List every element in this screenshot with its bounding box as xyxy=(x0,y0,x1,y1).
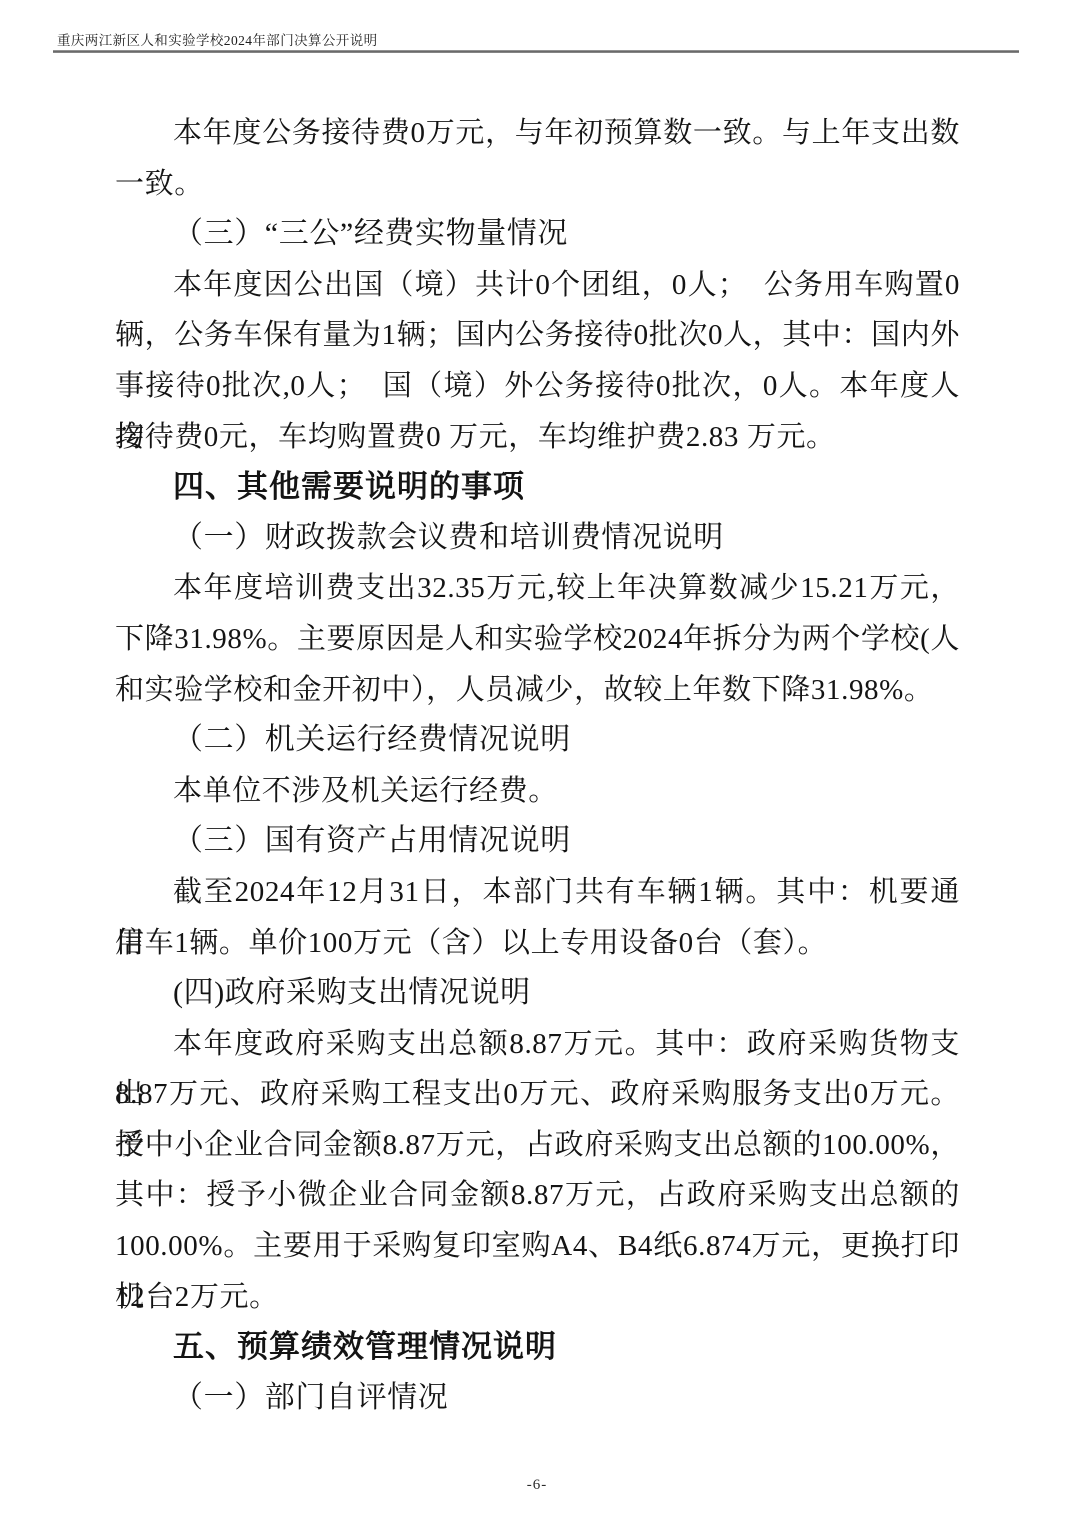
body-line: 辆，公务车保有量为1辆；国内公务接待0批次0人，其中：国内外 xyxy=(115,310,960,361)
body-line: 用车1辆。单价100万元（含）以上专用设备0台（套）。 xyxy=(115,918,960,969)
subheading-three-public-quantities: （三）“三公”经费实物量情况 xyxy=(115,209,960,260)
subheading-department-self-evaluation: （一）部门自评情况 xyxy=(115,1373,960,1424)
body-line: 其中：授予小微企业合同金额8.87万元，占政府采购支出总额的 xyxy=(115,1170,960,1221)
body-line: 100.00%。主要用于采购复印室购A4、B4纸6.874万元，更换打印机 xyxy=(115,1221,960,1272)
document-body: 本年度公务接待费0万元，与年初预算数一致。与上年支出数 一致。 （三）“三公”经… xyxy=(115,108,960,1423)
body-line: 本单位不涉及机关运行经费。 xyxy=(115,766,960,817)
body-line: 8.87万元、政府采购工程支出0万元、政府采购服务支出0万元。授 xyxy=(115,1069,960,1120)
body-line: 本年度因公出国（境）共计0个团组，0人； 公务用车购置0 xyxy=(115,260,960,311)
body-line: 截至2024年12月31日，本部门共有车辆1辆。其中：机要通信 xyxy=(115,867,960,918)
body-line: 予中小企业合同金额8.87万元，占政府采购支出总额的100.00%， xyxy=(115,1120,960,1171)
subheading-state-owned-assets: （三）国有资产占用情况说明 xyxy=(115,816,960,867)
body-line: 本年度公务接待费0万元，与年初预算数一致。与上年支出数 xyxy=(115,108,960,159)
body-line: 12台2万元。 xyxy=(115,1272,960,1323)
body-line: 和实验学校和金开初中），人员减少，故较上年数下降31.98%。 xyxy=(115,665,960,716)
body-line: 本年度政府采购支出总额8.87万元。其中：政府采购货物支出 xyxy=(115,1019,960,1070)
document-page: 重庆两江新区人和实验学校2024年部门决算公开说明 本年度公务接待费0万元，与年… xyxy=(0,0,1074,1520)
header-divider xyxy=(53,50,1019,53)
page-number: -6- xyxy=(0,1477,1074,1494)
section-heading-other-items: 四、其他需要说明的事项 xyxy=(115,462,960,513)
body-line: 下降31.98%。主要原因是人和实验学校2024年拆分为两个学校(人 xyxy=(115,614,960,665)
page-header-title: 重庆两江新区人和实验学校2024年部门决算公开说明 xyxy=(57,29,378,49)
body-line: 一致。 xyxy=(115,159,960,210)
body-line: 本年度培训费支出32.35万元,较上年决算数减少15.21万元， xyxy=(115,563,960,614)
body-line: 事接待0批次,0人； 国（境）外公务接待0批次，0人。本年度人均 xyxy=(115,361,960,412)
body-line: 接待费0元，车均购置费0 万元，车均维护费2.83 万元。 xyxy=(115,412,960,463)
subheading-government-procurement: (四)政府采购支出情况说明 xyxy=(115,968,960,1019)
subheading-agency-operating-funds: （二）机关运行经费情况说明 xyxy=(115,715,960,766)
subheading-meeting-training-fees: （一）财政拨款会议费和培训费情况说明 xyxy=(115,513,960,564)
section-heading-budget-performance: 五、预算绩效管理情况说明 xyxy=(115,1322,960,1373)
